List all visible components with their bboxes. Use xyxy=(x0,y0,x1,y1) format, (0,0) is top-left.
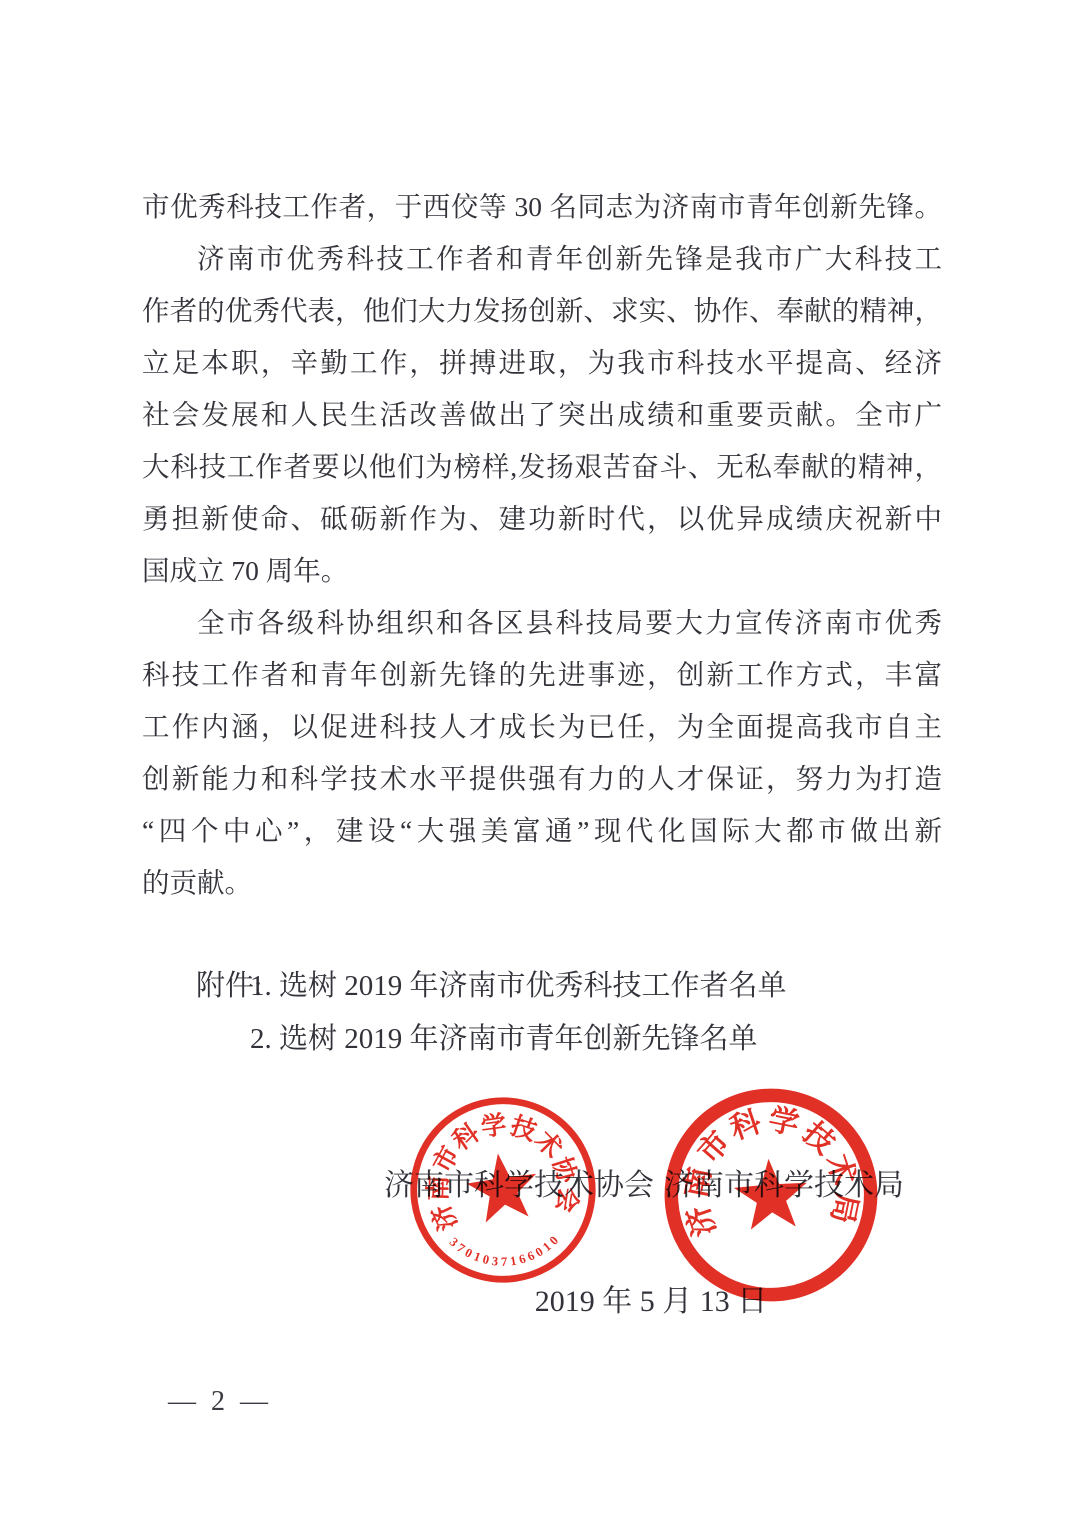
body-line: 社会发展和人民生活改善做出了突出成绩和重要贡献。全市广 xyxy=(142,389,942,441)
body-line: 工作内涵，以促进科技人才成长为已任，为全面提高我市自主 xyxy=(142,701,942,753)
body-text: 市优秀科技工作者，于西佼等 30 名同志为济南市青年创新先锋。 济南市优秀科技工… xyxy=(142,181,942,909)
star-icon xyxy=(463,1149,542,1225)
star-icon xyxy=(732,1156,810,1230)
attachment-item-1: 1. 选树 2019 年济南市优秀科技工作者名单 xyxy=(250,966,787,1006)
body-line: 市优秀科技工作者，于西佼等 30 名同志为济南市青年创新先锋。 xyxy=(142,181,942,233)
body-line: 济南市优秀科技工作者和青年创新先锋是我市广大科技工 xyxy=(142,233,942,285)
body-line: “四个中心”，建设“大强美富通”现代化国际大都市做出新 xyxy=(142,805,942,857)
body-line: 立足本职，辛勤工作，拼搏进取，为我市科技水平提高、经济 xyxy=(142,337,942,389)
body-line: 国成立 70 周年。 xyxy=(142,545,942,597)
body-line: 作者的优秀代表，他们大力发扬创新、求实、协作、奉献的精神， xyxy=(142,285,942,337)
document-page: 市优秀科技工作者，于西佼等 30 名同志为济南市青年创新先锋。 济南市优秀科技工… xyxy=(0,0,1080,1516)
official-seal-left-kexie: 济南市科学技术协会 3701037166010 xyxy=(393,1080,612,1299)
official-seal-right-keji-ju: 济南市科学技术局 xyxy=(655,1079,888,1312)
body-line: 的贡献。 xyxy=(142,857,942,909)
body-line: 全市各级科协组织和各区县科技局要大力宣传济南市优秀 xyxy=(142,597,942,649)
body-line: 创新能力和科学技术水平提供强有力的人才保证，努力为打造 xyxy=(142,753,942,805)
attachment-item-2: 2. 选树 2019 年济南市青年创新先锋名单 xyxy=(250,1019,758,1059)
page-number: — 2 — xyxy=(168,1386,272,1418)
body-line: 勇担新使命、砥砺新作为、建功新时代，以优异成绩庆祝新中 xyxy=(142,493,942,545)
body-line: 大科技工作者要以他们为榜样,发扬艰苦奋斗、无私奉献的精神， xyxy=(142,441,942,493)
body-line: 科技工作者和青年创新先锋的先进事迹，创新工作方式，丰富 xyxy=(142,649,942,701)
